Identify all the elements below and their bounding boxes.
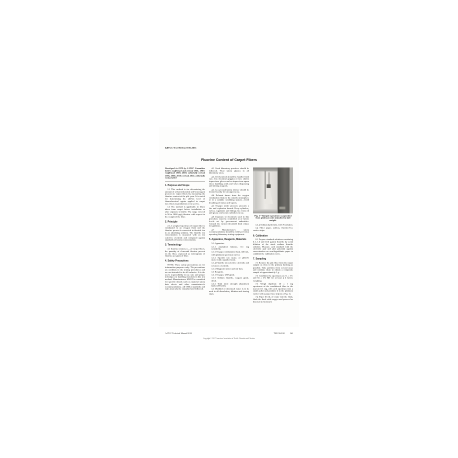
footer-manual: AATCC Technical Manual/2018 bbox=[165, 332, 192, 334]
figure-1: Fig. 1—Sample specimen suspended from pl… bbox=[253, 167, 293, 221]
footer-method-number: TM 190-2011 bbox=[274, 332, 285, 334]
paragraph: NOTE: These safety precautions are for i… bbox=[165, 264, 205, 290]
paragraph: 4.4 Exhaust fumes from the oxygen combus… bbox=[209, 194, 249, 204]
paragraph: 5.2.2 Sodium fluoride, reagent grade, dr… bbox=[211, 277, 249, 282]
text-columns: Developed in 1978 by AATCC Committee RA5… bbox=[165, 167, 293, 318]
photo-platinum-wire bbox=[269, 172, 270, 185]
photo-panel-notch bbox=[279, 207, 285, 210]
document-page: AATCC Test Method 190-2011 Fluorine Cont… bbox=[159, 127, 299, 327]
paragraph: 7.2 Condition the specimens at 21 ± 1°C … bbox=[253, 275, 293, 282]
paragraph: 2.1 A weighed specimen of carpet fiber i… bbox=[165, 225, 205, 242]
paragraph: 5.1.1 Analytical balance, 0.1 mg sensiti… bbox=[211, 246, 249, 251]
paragraph: 4.2 All chemicals should be handled with… bbox=[209, 176, 249, 188]
section-heading: 2. Principle bbox=[165, 221, 205, 224]
history-paragraph: Developed in 1978 by AATCC Committee RA5… bbox=[165, 167, 205, 181]
page-header: AATCC Test Method 190-2011 bbox=[165, 147, 293, 149]
paragraph: 7.3 Weigh duplicate 50 ± 1 mg specimens … bbox=[253, 283, 293, 295]
paragraph: 5.2.4 Sodium hydroxide, 0.05 N solution. bbox=[255, 224, 293, 226]
paragraph: 5.2.1 Oxygen, USP grade. bbox=[211, 274, 249, 276]
photo-stand-pole bbox=[265, 171, 266, 200]
paragraph: 1.2 The method is applicable to fibers t… bbox=[165, 206, 205, 218]
section-heading: 6. Calibration bbox=[253, 235, 293, 238]
paragraph: 7.1 Remove the pile fiber from the carpe… bbox=[253, 262, 293, 274]
paragraph: 5.4 Filter paper, ashless, fluorine-free… bbox=[253, 227, 293, 232]
paragraph: 5.1.2 Oxygen combustion flask, 500 mL, w… bbox=[211, 251, 249, 256]
photo-weight-clip bbox=[267, 184, 271, 188]
paragraph: 4.5 Oxygen under pressure presents a fir… bbox=[209, 205, 249, 215]
figure-caption: Fig. 1—Sample specimen suspended from pl… bbox=[253, 215, 293, 222]
paragraph: 5.1.4 Fluoride ion selective electrode a… bbox=[211, 262, 249, 267]
paragraph: 5.3 Distilled or deionized water is to b… bbox=[209, 288, 249, 295]
section-heading: 3. Terminology bbox=[165, 244, 205, 247]
paragraph: 5.1 Apparatus. bbox=[209, 242, 249, 244]
column-middle: 4.1 Good laboratory practices should be … bbox=[209, 167, 249, 318]
paragraph: 4.6 Exposure to chemicals used in this p… bbox=[209, 216, 249, 228]
section-heading: 1. Purpose and Scope bbox=[165, 184, 205, 187]
column-left: Developed in 1978 by AATCC Committee RA5… bbox=[165, 167, 205, 318]
paragraph: 5.2.3 Total ionic strength adjustment bu… bbox=[211, 283, 249, 288]
section-heading: 4. Safety Precautions bbox=[165, 260, 205, 263]
column-right-text: 5.2.4 Sodium hydroxide, 0.05 N solution.… bbox=[253, 224, 293, 303]
paragraph: 6.1 Prepare standard solutions containin… bbox=[253, 238, 293, 255]
canvas: { "page": { "header": "AATCC Test Method… bbox=[0, 0, 458, 458]
section-heading: 7. Sampling bbox=[253, 258, 293, 261]
paragraph: 7.4 Pipet 10 mL of water into the flask,… bbox=[253, 296, 293, 303]
photo-right-strip bbox=[290, 167, 293, 213]
column-right: Fig. 1—Sample specimen suspended from pl… bbox=[253, 167, 293, 318]
copyright-line: Copyright © 2017 American Association of… bbox=[159, 338, 299, 340]
page-title: Fluorine Content of Carpet Fibers bbox=[165, 158, 293, 162]
figure-photo bbox=[253, 167, 293, 213]
paragraph: 4.7 Manufacturer's safety recommendation… bbox=[209, 229, 249, 236]
paragraph: 1.1 This method is for determining the a… bbox=[165, 188, 205, 205]
section-heading: 5. Apparatus, Reagents, Materials bbox=[209, 238, 249, 241]
page-footer: AATCC Technical Manual/2018 TM 190-2011 … bbox=[165, 332, 293, 334]
paragraph: 3.1 fluorine content, n.—of carpet fiber… bbox=[165, 248, 205, 258]
footer-page-number: 345 bbox=[290, 332, 293, 334]
photo-bottom-shade bbox=[253, 210, 278, 214]
page-content: AATCC Test Method 190-2011 Fluorine Cont… bbox=[159, 147, 299, 347]
paragraph: 5.2 Reagents. bbox=[209, 271, 249, 273]
paragraph: 4.1 Good laboratory practices should be … bbox=[209, 167, 249, 174]
paragraph: 5.1.3 Specific ion meter, or pH/mV meter… bbox=[211, 257, 249, 262]
paragraph: 5.1.5 Magnetic stirrer and stir bars. bbox=[211, 268, 249, 270]
paragraph: 4.3 An eyewash/safety shower should be l… bbox=[209, 189, 249, 194]
